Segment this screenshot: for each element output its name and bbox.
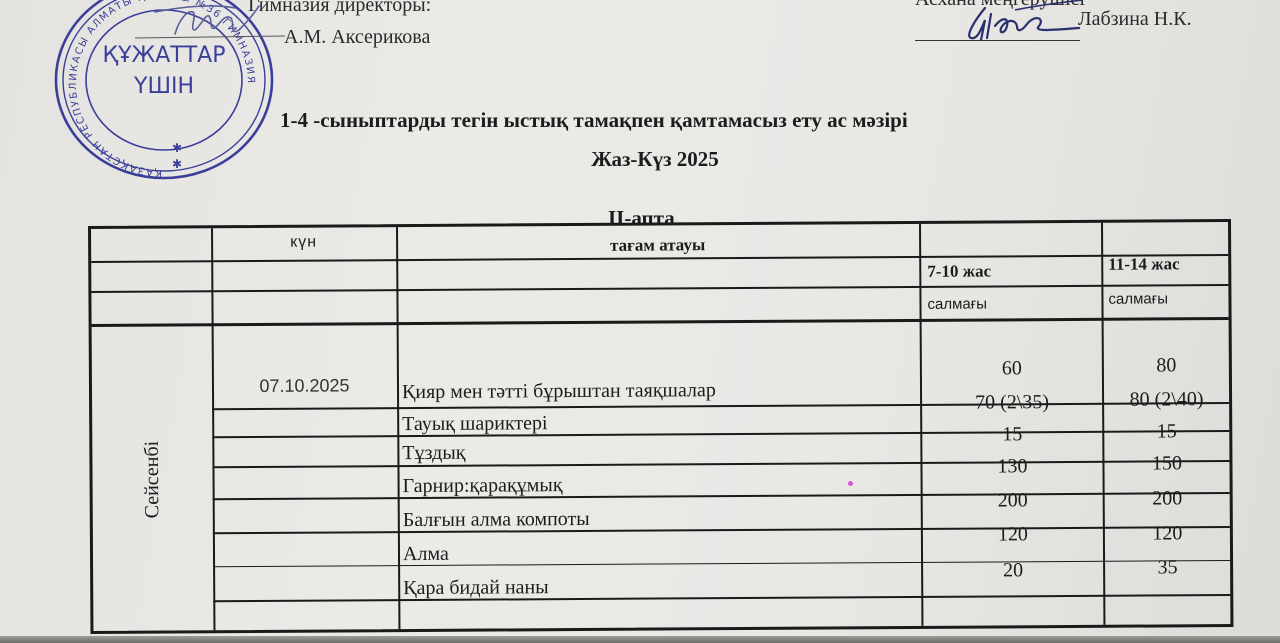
weight-11-14: 150 [1104,452,1229,476]
weight-7-10: 200 [923,489,1103,513]
menu-season: Жаз-Күз 2025 [0,147,1280,172]
dish-name: Гарнир:қарақұмық [403,474,563,498]
weight-7-10: 20 [923,559,1103,583]
row-divider [91,284,1228,293]
weight-7-10: 70 (2\35) [922,391,1102,415]
date-cell: 07.10.2025 [212,375,397,397]
weight-7-10: 15 [922,423,1102,447]
weight-11-14: 15 [1104,420,1229,444]
stamp-center-line1: ҚҰЖАТТАР [103,43,226,68]
weight-11-14: 200 [1105,487,1230,511]
dish-name: Балғын алма компоты [403,508,590,532]
weight-11-14: 80 [1104,354,1229,378]
stamp-center-line2: ҮШІН [133,74,194,99]
header-weight-7-10: салмағы [927,296,987,313]
header-day: күн [211,233,396,252]
ink-dot [848,481,853,486]
dish-name: Қияр мен тәтті бұрыштан таяқшалар [402,379,716,404]
row-divider [213,594,1230,602]
header-age-7-10: 7-10 жас [927,261,991,281]
day-cell: Сейсенбі [92,324,214,635]
header-age-11-14: 11-14 жас [1108,254,1179,274]
menu-title: 1-4 -сыныптарды тегін ыстық тамақпен қам… [280,108,908,133]
weight-7-10: 120 [923,523,1103,547]
header-weight-11-14: салмағы [1108,290,1168,307]
dish-name: Тауық шариктері [402,412,547,436]
director-name: А.М. Аксерикова [284,26,430,49]
weight-11-14: 120 [1105,522,1230,546]
menu-table: күн тағам атауы 7-10 жас 11-14 жас салма… [88,219,1233,634]
day-name: Сейсенбі [141,441,164,519]
weight-7-10: 130 [922,455,1102,479]
weight-11-14: 80 (2\40) [1104,388,1229,412]
dish-name: Қара бидай наны [403,576,549,600]
canteen-manager-name: Лабзина Н.К. [1078,8,1192,31]
dish-name: Тұздық [402,442,465,465]
column-divider [396,227,400,629]
weight-7-10: 60 [922,357,1102,381]
header-dish-name: тағам атауы [396,234,919,257]
weight-11-14: 35 [1105,556,1230,580]
row-divider [92,317,1229,327]
signature-line [915,40,1080,41]
desk-edge [0,636,1280,643]
canteen-manager-title: Асхана меңгерушісі [915,0,1085,11]
dish-name: Алма [403,543,449,566]
